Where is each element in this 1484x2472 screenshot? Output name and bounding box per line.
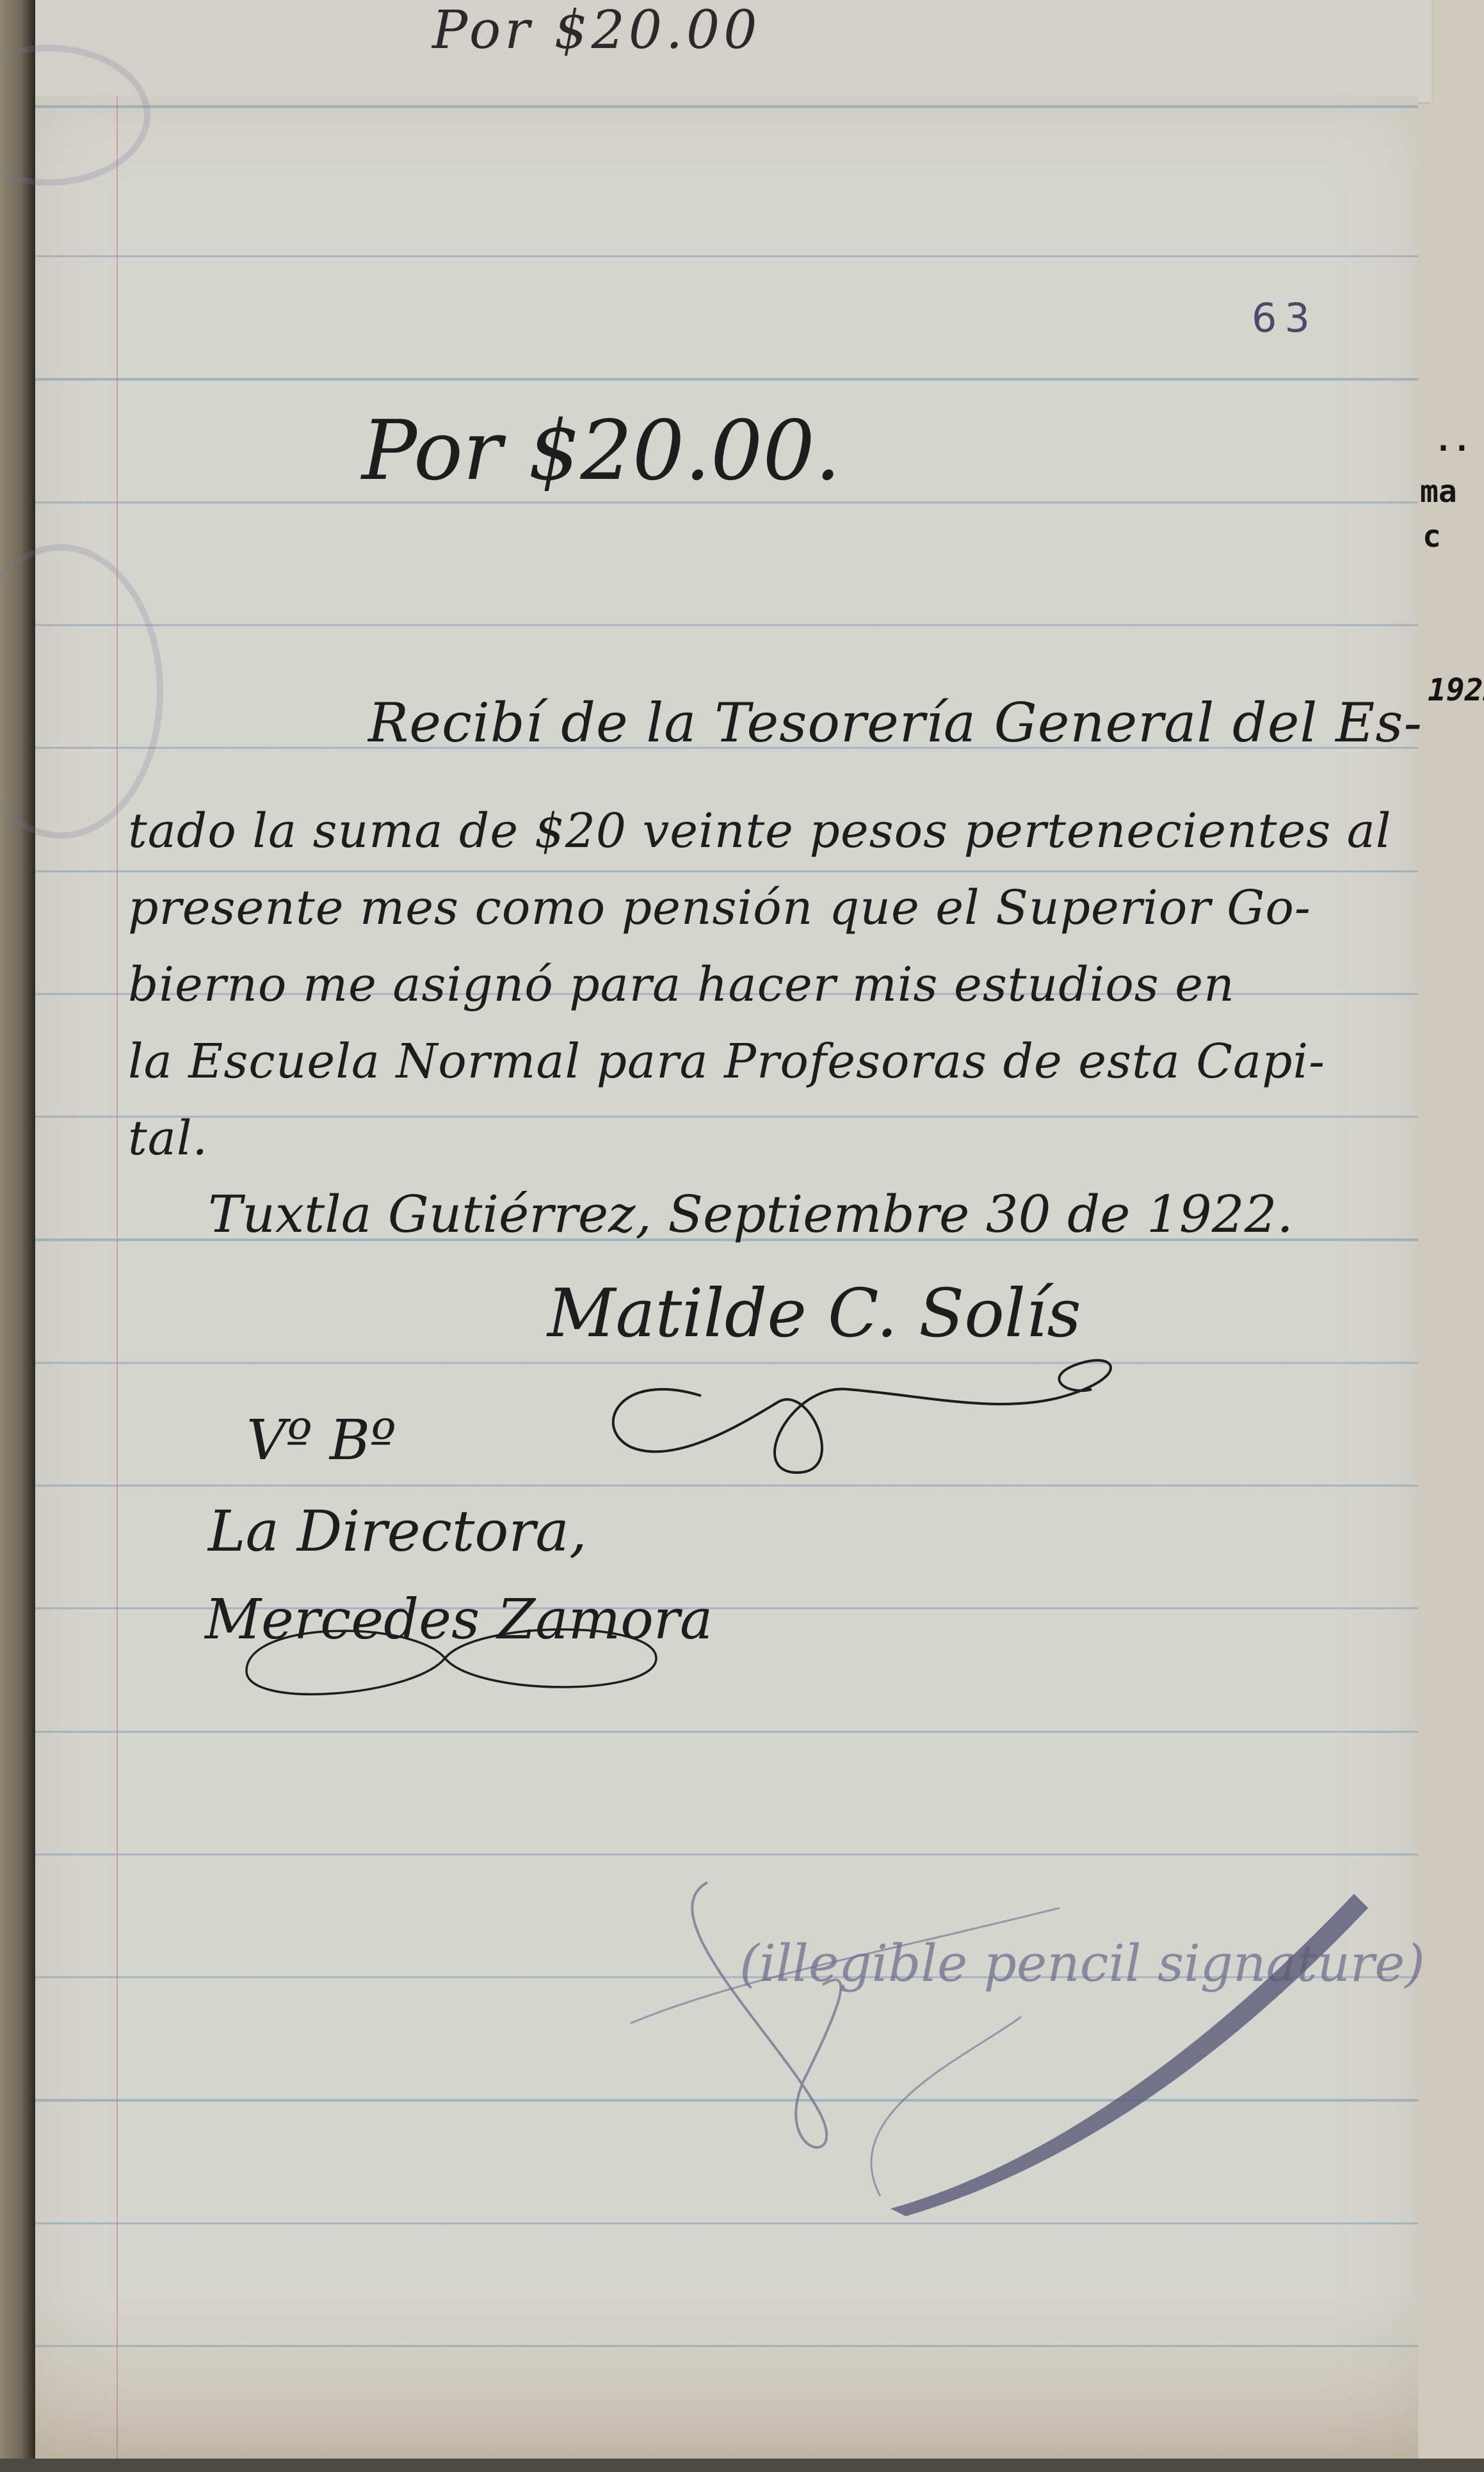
body-line: bierno me asignó para hacer mis estudios… [128,957,1235,1012]
place-date: Tuxtla Gutiérrez, Septiembre 30 de 1922. [208,1184,1293,1244]
body-line: tado la suma de $20 veinte pesos pertene… [128,804,1392,859]
body-line: presente mes como pensión que el Superio… [128,880,1311,935]
margin-line [117,96,118,2459]
book-gutter [0,0,38,2472]
folio-number: 63 [1252,295,1318,341]
desk-surface [0,2459,1484,2472]
receipt-amount-title: Por $20.00. [362,403,841,499]
adjacent-fragment: .. [1434,423,1471,458]
body-line: tal. [128,1111,208,1166]
adjacent-fragment: ma [1420,474,1457,510]
director-title: La Directora, [208,1498,587,1564]
signature-flourish-icon [579,1345,1188,1485]
previous-page-edge: Por $20.00 [35,0,1431,104]
water-stain [35,2292,1418,2459]
signatory-signature: Matilde C. Solís [547,1274,1081,1352]
adjacent-fragment: 1922 [1428,672,1484,708]
body-line: Recibí de la Tesorería General del Es- [368,691,1423,754]
previous-page-amount: Por $20.00 [432,0,761,61]
adjacent-page: .. ma c 1922 [1415,0,1484,2472]
adjacent-fragment: c [1423,519,1441,554]
seal-stamp-icon [0,544,163,839]
director-flourish-icon [221,1607,669,1709]
pencil-scribble-icon [611,1838,1412,2234]
ledger-page: 63 Por $20.00. Recibí de la Tesorería Ge… [35,96,1418,2459]
body-line: la Escuela Normal para Profesoras de est… [128,1034,1325,1089]
approval-label: Vº Bº [246,1409,396,1473]
